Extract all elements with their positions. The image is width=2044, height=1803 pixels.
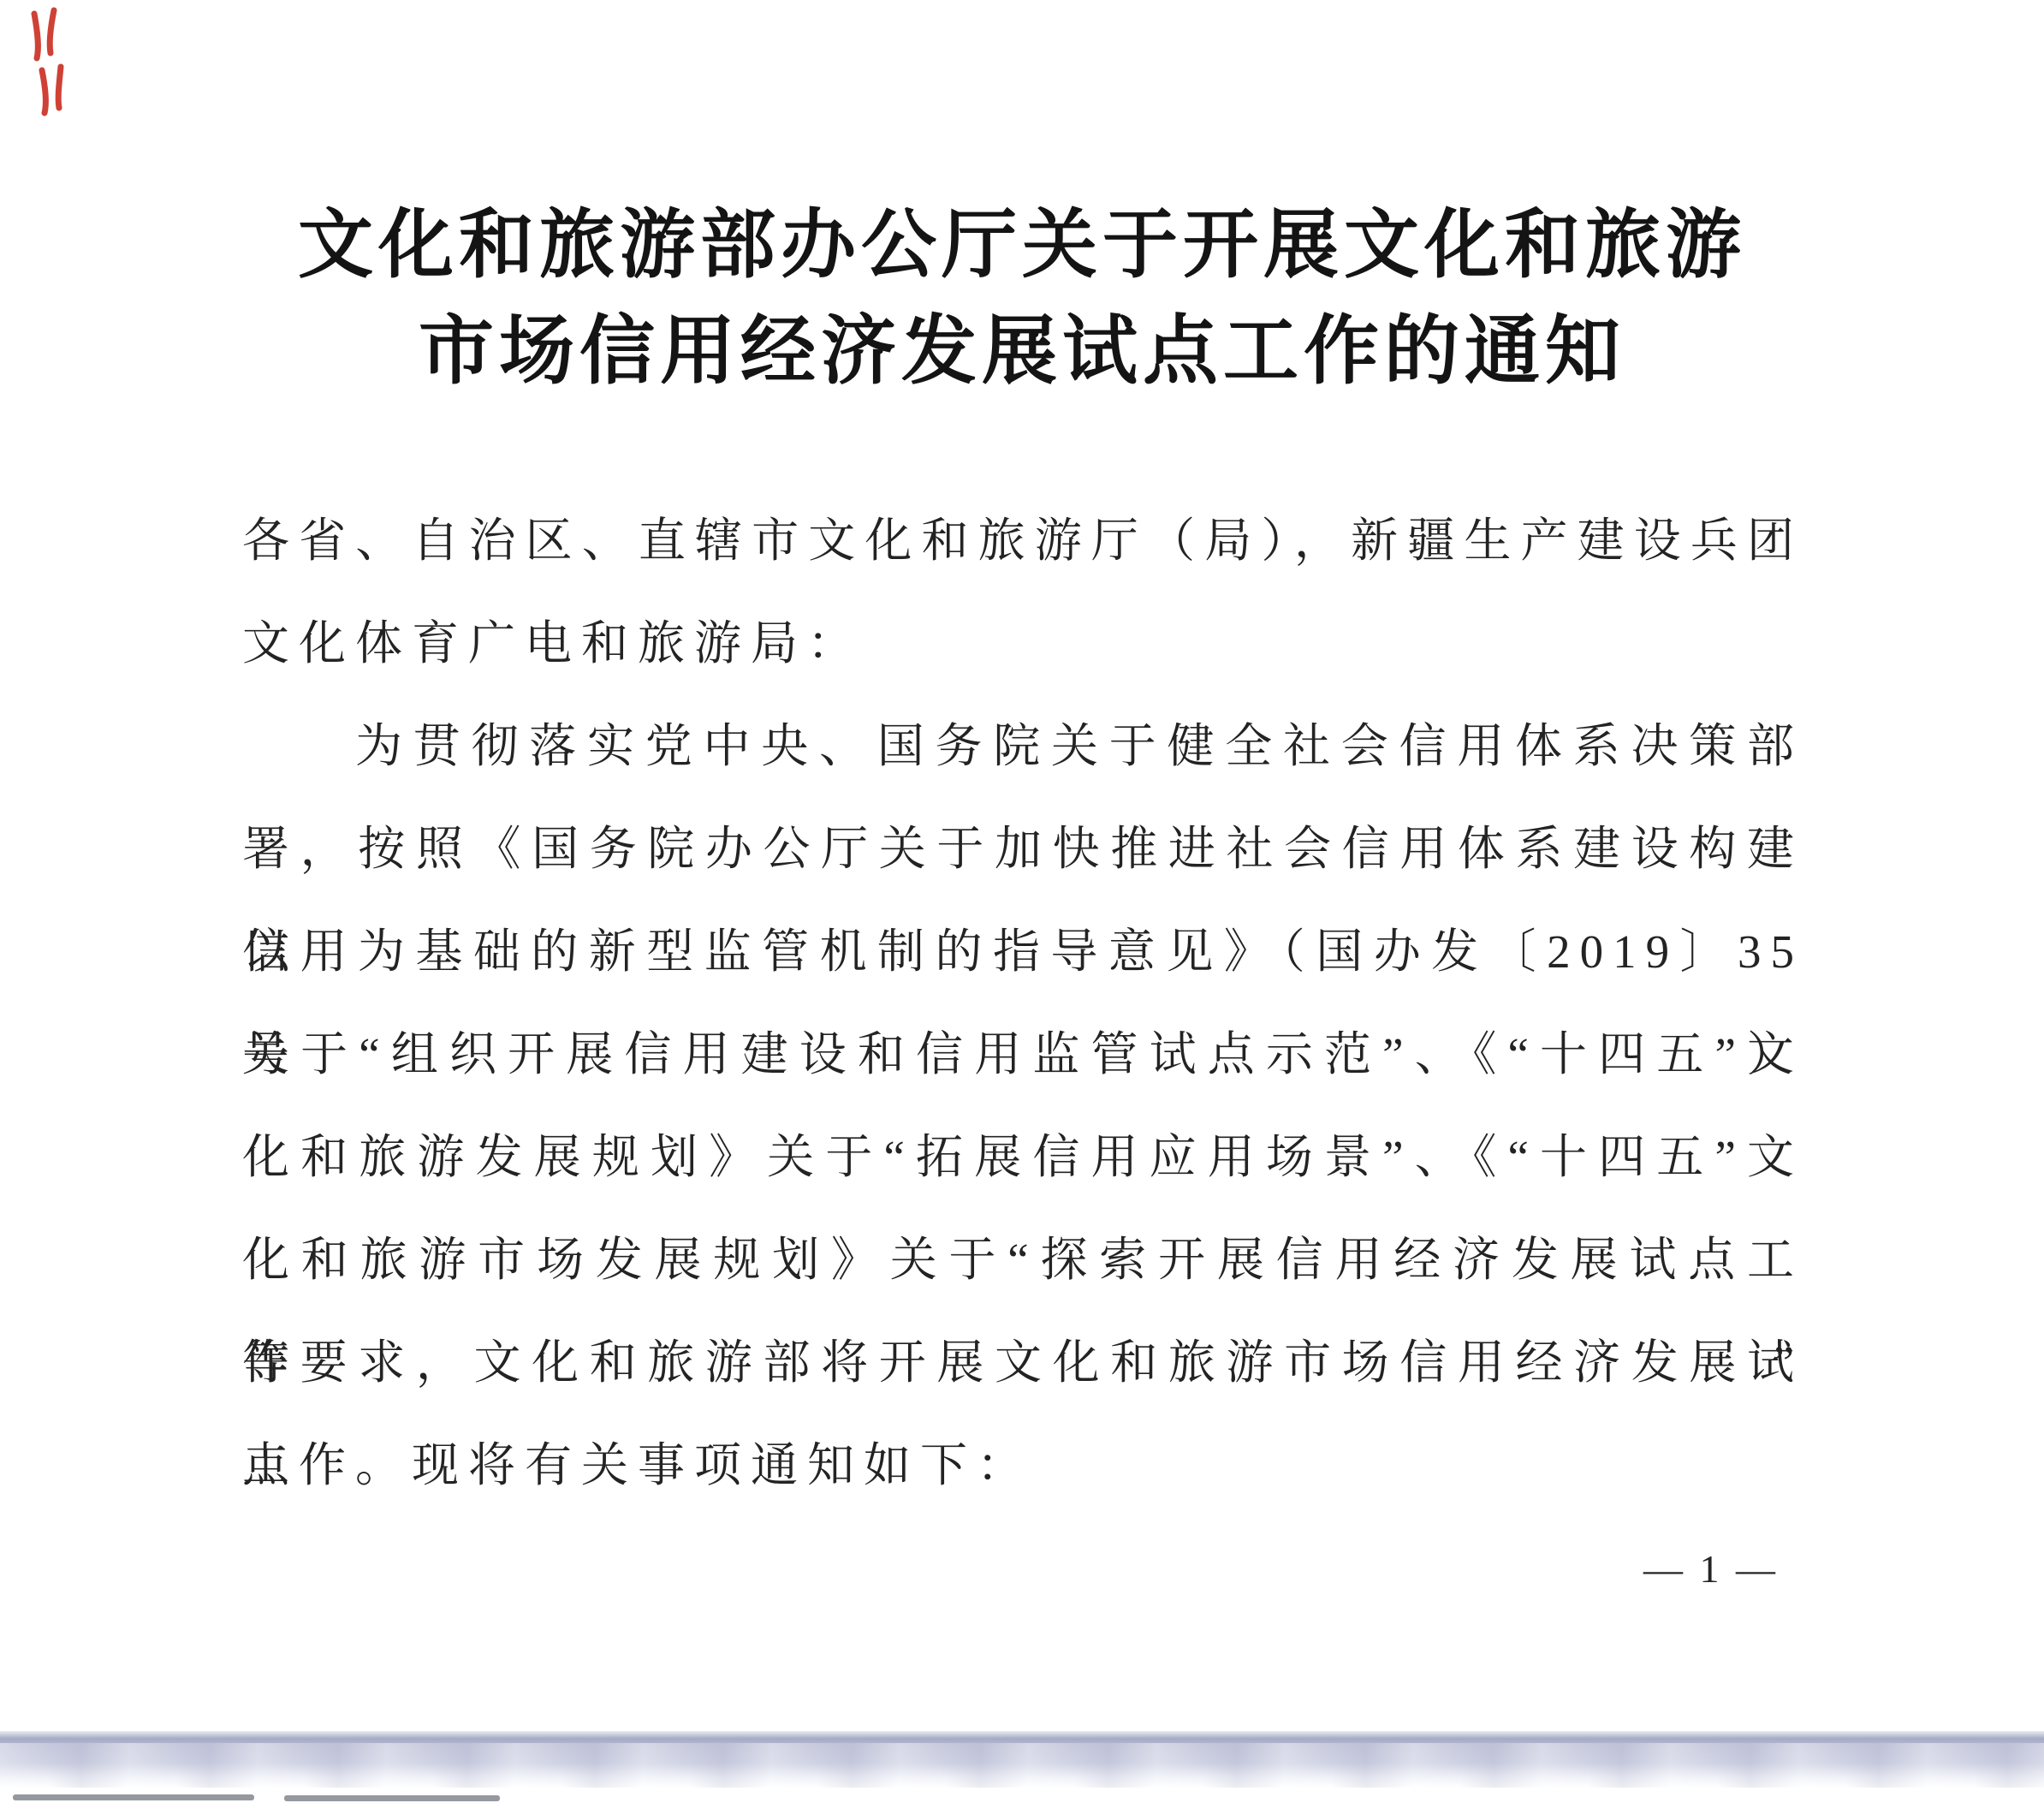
- red-pen-marks-icon: [14, 2, 108, 122]
- document-body: 各省、自治区、直辖市文化和旅游厅（局），新疆生产建设兵团 文化体育广电和旅游局：…: [242, 490, 1803, 1517]
- scan-artifact-dash: [284, 1795, 500, 1801]
- body-line: 署，按照《国务院办公厅关于加快推进社会信用体系建设构建以: [242, 798, 1803, 901]
- body-line: 为贯彻落实党中央、国务院关于健全社会信用体系决策部: [242, 695, 1803, 798]
- scanned-document-page: 文化和旅游部办公厅关于开展文化和旅游 市场信用经济发展试点工作的通知 各省、自治…: [0, 0, 2044, 1803]
- title-line-2: 市场信用经济发展试点工作的通知: [0, 300, 2044, 406]
- body-line: 关于“组织开展信用建设和信用监管试点示范”、《“十四五”文: [242, 1003, 1803, 1106]
- body-line: 等要求，文化和旅游部将开展文化和旅游市场信用经济发展试点: [242, 1312, 1803, 1414]
- body-line: 工作。现将有关事项通知如下：: [242, 1414, 1803, 1517]
- body-line: 化和旅游发展规划》关于“拓展信用应用场景”、《“十四五”文: [242, 1106, 1803, 1209]
- scan-artifact-band: [0, 1743, 2044, 1788]
- document-title: 文化和旅游部办公厅关于开展文化和旅游 市场信用经济发展试点工作的通知: [0, 193, 2044, 406]
- scan-artifact-dash: [13, 1794, 254, 1800]
- body-line: 文化体育广电和旅游局：: [242, 592, 1803, 695]
- page-number: — 1 —: [1643, 1546, 1779, 1592]
- body-line: 各省、自治区、直辖市文化和旅游厅（局），新疆生产建设兵团: [242, 490, 1803, 592]
- body-line: 信用为基础的新型监管机制的指导意见》（国办发〔2019〕35 号）: [242, 901, 1803, 1003]
- title-line-1: 文化和旅游部办公厅关于开展文化和旅游: [0, 193, 2044, 300]
- body-line: 化和旅游市场发展规划》关于“探索开展信用经济发展试点工作”: [242, 1209, 1803, 1312]
